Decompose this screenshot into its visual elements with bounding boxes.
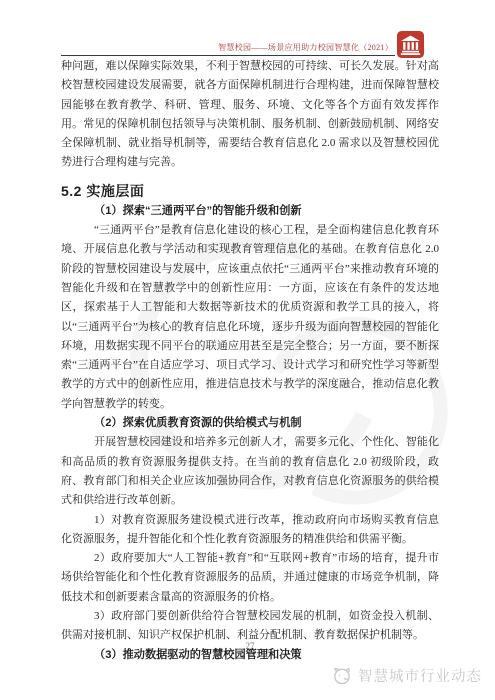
page-number: 27 <box>61 641 439 651</box>
intro-paragraph: 种问题，难以保障实际效果，不利于智慧校园的可持续、可长久发展。针对高校智慧校园建… <box>61 57 439 173</box>
subsection-heading-2: （2）探索优质教育资源的供给模式与机制 <box>61 414 439 433</box>
footer-brand: 智慧城市行业动态 <box>332 665 482 686</box>
subsection-2-item-3: 3）政府部门要创新供给符合智慧校园发展的机制，如资金投入机制、供需对接机制、知识… <box>61 607 439 646</box>
book-page: 智慧校园——场景应用助力校园智慧化（2021） 种问题，难以保障实际效果，不利于… <box>0 0 495 700</box>
running-header-title: 智慧校园——场景应用助力校园智慧化（2021） <box>218 42 393 53</box>
footer-brand-text: 智慧城市行业动态 <box>358 665 482 686</box>
subsection-2-item-1: 1）对教育资源服务建设模式进行改革，推动政府向市场购买教育信息化资源服务，提升智… <box>61 511 439 550</box>
subsection-2-item-2: 2）政府要加大“人工智能+教育”和“互联网+教育”市场的培育，提升市场供给智能化… <box>61 549 439 607</box>
section-heading-5-2: 5.2 实施层面 <box>61 182 439 201</box>
cat-face-icon <box>332 665 353 686</box>
subsection-2-paragraph: 开展智慧校园建设和培养多元创新人才，需要多元化、个性化、智能化和高品质的教育资源… <box>61 433 439 510</box>
bank-building-icon <box>397 31 424 58</box>
page-content: 种问题，难以保障实际效果，不利于智慧校园的可持续、可长久发展。针对高校智慧校园建… <box>61 57 439 665</box>
subsection-heading-1: （1）探索“三通两平台”的智能升级和创新 <box>61 202 439 221</box>
header-rule <box>61 55 395 56</box>
subsection-1-paragraph: “三通两平台”是教育信息化建设的核心工程，是全面构建信息化教育环境、开展信息化教… <box>61 221 439 414</box>
